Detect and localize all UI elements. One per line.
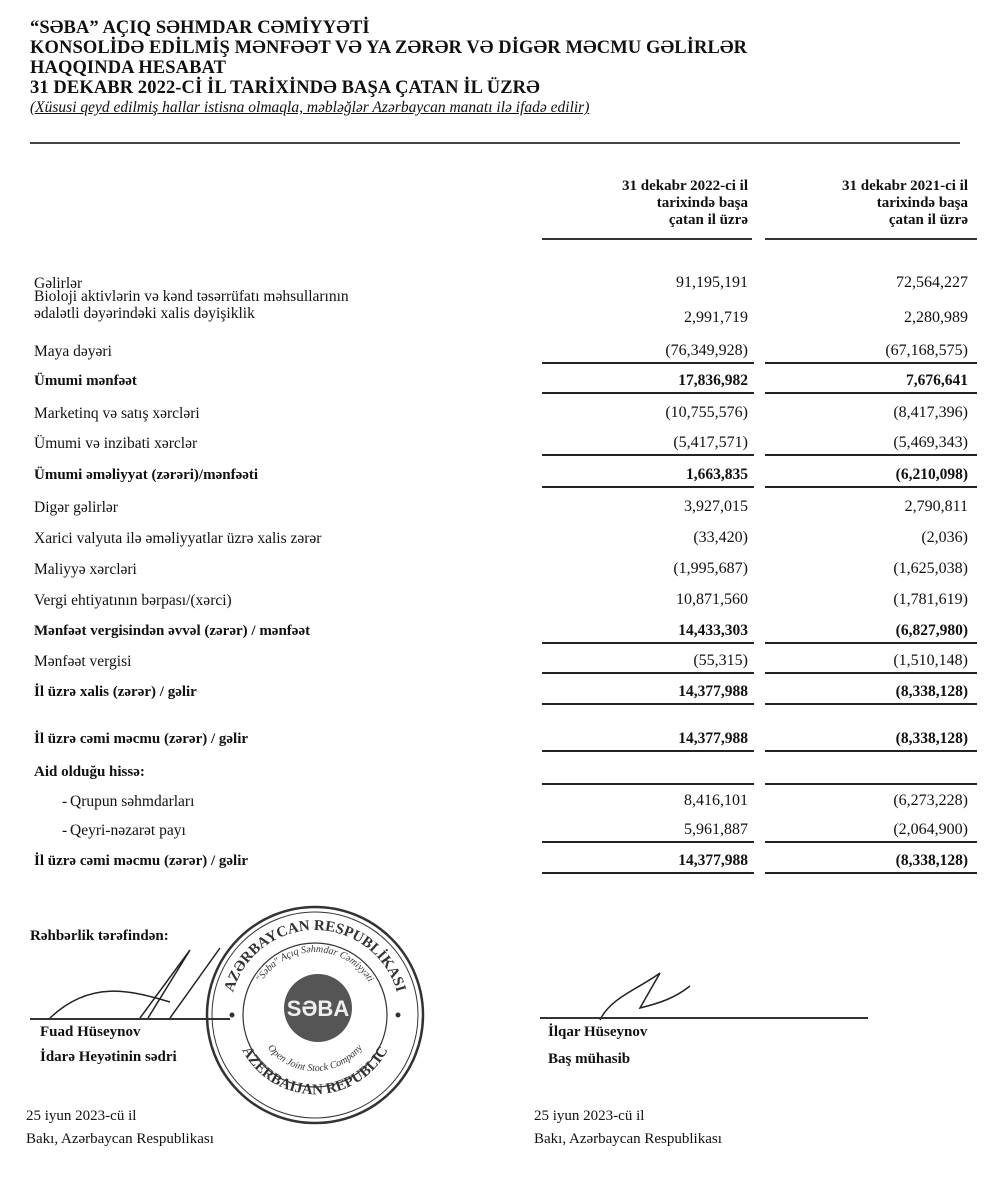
- signatory-role: Baş mühasib: [548, 1051, 647, 1068]
- column-header-line: 31 dekabr 2021-ci il: [768, 178, 968, 195]
- total-rule: [542, 362, 754, 364]
- signatory-left: Fuad Hüseynov İdarə Heyətinin sədri: [40, 1024, 177, 1066]
- row-label-text: Mənfəət vergisi: [34, 653, 131, 670]
- row-label-text: Maya dəyəri: [34, 343, 112, 360]
- value-2022: (5,417,571): [548, 433, 748, 453]
- total-rule: [765, 486, 977, 488]
- date-text: 25 iyun 2023-cü il: [26, 1108, 214, 1125]
- total-rule: [765, 872, 977, 874]
- total-rule: [542, 872, 754, 874]
- total-rule: [542, 841, 754, 843]
- signature-date-left: 25 iyun 2023-cü il Bakı, Azərbaycan Resp…: [26, 1108, 214, 1148]
- value-2021: (1,510,148): [768, 651, 968, 671]
- report-title-line1: KONSOLİDƏ EDİLMİŞ MƏNFƏƏT VƏ YA ZƏRƏR VƏ…: [30, 38, 970, 58]
- row-label-text: Bioloji aktivlərin və kənd təsərrüfatı m…: [34, 288, 349, 305]
- row-label: Ümumi mənfəət: [34, 373, 137, 390]
- table-row: İl üzrə cəmi məcmu (zərər) / gəlir14,377…: [0, 731, 1000, 757]
- row-label-text: İl üzrə xalis (zərər) / gəlir: [34, 684, 197, 701]
- signature-right-icon: [590, 968, 700, 1023]
- table-row: Marketinq və satış xərcləri(10,755,576)(…: [0, 405, 1000, 431]
- signature-date-right: 25 iyun 2023-cü il Bakı, Azərbaycan Resp…: [534, 1108, 722, 1148]
- company-stamp-icon: AZƏRBAYCAN RESPUBLİKASI AZERBAIJAN REPUB…: [200, 900, 430, 1130]
- section-rule: [542, 783, 754, 785]
- table-row: Ümumi mənfəət17,836,9827,676,641: [0, 373, 1000, 399]
- value-2021: (1,781,619): [768, 590, 968, 610]
- header-divider: [30, 142, 960, 144]
- column-header-line: 31 dekabr 2022-ci il: [548, 178, 748, 195]
- value-2022: 17,836,982: [548, 371, 748, 391]
- bullet-dash: -: [62, 822, 67, 840]
- value-2021: (6,210,098): [768, 465, 968, 485]
- table-row: Mənfəət vergisi(55,315)(1,510,148): [0, 653, 1000, 679]
- value-2021: (8,338,128): [768, 851, 968, 871]
- value-2022: 8,416,101: [548, 791, 748, 811]
- value-2021: (8,338,128): [768, 729, 968, 749]
- value-2022: 5,961,887: [548, 820, 748, 840]
- value-2021: (8,417,396): [768, 403, 968, 423]
- row-label-text: Mənfəət vergisindən əvvəl (zərər) / mənf…: [34, 623, 310, 640]
- row-label: Vergi ehtiyatının bərpası/(xərci): [34, 592, 232, 609]
- value-2021: (1,625,038): [768, 559, 968, 579]
- row-label-text: Maliyyə xərcləri: [34, 561, 137, 578]
- value-2021: (8,338,128): [768, 682, 968, 702]
- currency-note: (Xüsusi qeyd edilmiş hallar istisna olma…: [30, 98, 970, 117]
- total-rule: [765, 642, 977, 644]
- total-rule: [542, 392, 754, 394]
- table-row: -Qeyri-nəzarət payı5,961,887(2,064,900): [0, 822, 1000, 848]
- value-2021: (2,064,900): [768, 820, 968, 840]
- row-label-text: Marketinq və satış xərcləri: [34, 405, 200, 422]
- row-label: Digər gəlirlər: [34, 499, 118, 516]
- table-row: İl üzrə xalis (zərər) / gəlir14,377,988(…: [0, 684, 1000, 710]
- value-2022: 10,871,560: [548, 590, 748, 610]
- row-label: Aid olduğu hissə:: [34, 764, 145, 781]
- row-label-text: Aid olduğu hissə:: [34, 764, 145, 781]
- column-header-rule: [542, 238, 752, 240]
- row-label: Qeyri-nəzarət payı: [70, 822, 186, 839]
- value-2022: 3,927,015: [548, 497, 748, 517]
- row-label: Mənfəət vergisi: [34, 653, 131, 670]
- signatory-role: İdarə Heyətinin sədri: [40, 1049, 177, 1066]
- value-2021: 2,280,989: [768, 308, 968, 328]
- column-header-line: tarixində başa: [768, 195, 968, 212]
- table-row: Maliyyə xərcləri(1,995,687)(1,625,038): [0, 561, 1000, 587]
- column-header-line: çatan il üzrə: [768, 212, 968, 229]
- row-label: Bioloji aktivlərin və kənd təsərrüfatı m…: [34, 288, 349, 322]
- svg-text:SƏBA: SƏBA: [287, 996, 350, 1021]
- table-row: -Qrupun səhmdarları8,416,101(6,273,228): [0, 793, 1000, 819]
- row-label: Marketinq və satış xərcləri: [34, 405, 200, 422]
- place-text: Bakı, Azərbaycan Respublikası: [26, 1131, 214, 1148]
- table-row: Digər gəlirlər3,927,0152,790,811: [0, 499, 1000, 525]
- column-header-line: çatan il üzrə: [548, 212, 748, 229]
- total-rule: [542, 486, 754, 488]
- row-label: Xarici valyuta ilə əməliyyatlar üzrə xal…: [34, 530, 321, 547]
- row-label: Maliyyə xərcləri: [34, 561, 137, 578]
- value-2022: 14,377,988: [548, 682, 748, 702]
- value-2021: (6,827,980): [768, 621, 968, 641]
- report-period: 31 DEKABR 2022-Cİ İL TARİXİNDƏ BAŞA ÇATA…: [30, 78, 970, 98]
- section-rule: [765, 783, 977, 785]
- total-rule: [765, 672, 977, 674]
- svg-text:Open Joint Stock Company: Open Joint Stock Company: [265, 1042, 365, 1074]
- table-row: İl üzrə cəmi məcmu (zərər) / gəlir14,377…: [0, 853, 1000, 879]
- row-label: İl üzrə cəmi məcmu (zərər) / gəlir: [34, 731, 248, 748]
- row-label: İl üzrə xalis (zərər) / gəlir: [34, 684, 197, 701]
- company-name: “SƏBA” AÇIQ SƏHMDAR CƏMİYYƏTİ: [30, 18, 970, 38]
- row-label-text: İl üzrə cəmi məcmu (zərər) / gəlir: [34, 731, 248, 748]
- signatory-right: İlqar Hüseynov Baş mühasib: [548, 1024, 647, 1068]
- column-header-rule: [765, 238, 977, 240]
- total-rule: [765, 750, 977, 752]
- total-rule: [542, 703, 754, 705]
- signatory-name: Fuad Hüseynov: [40, 1024, 177, 1041]
- value-2022: (33,420): [548, 528, 748, 548]
- column-header-2021: 31 dekabr 2021-ci il tarixində başa çata…: [768, 178, 968, 229]
- column-header-line: tarixində başa: [548, 195, 748, 212]
- total-rule: [765, 841, 977, 843]
- value-2022: 14,433,303: [548, 621, 748, 641]
- value-2022: 14,377,988: [548, 729, 748, 749]
- table-row: Ümumi və inzibati xərclər(5,417,571)(5,4…: [0, 435, 1000, 461]
- row-label: Maya dəyəri: [34, 343, 112, 360]
- row-label-text: Digər gəlirlər: [34, 499, 118, 516]
- date-text: 25 iyun 2023-cü il: [534, 1108, 722, 1125]
- value-2022: 14,377,988: [548, 851, 748, 871]
- table-row: Xarici valyuta ilə əməliyyatlar üzrə xal…: [0, 530, 1000, 556]
- total-rule: [542, 454, 754, 456]
- value-2021: 7,676,641: [768, 371, 968, 391]
- row-label-text: İl üzrə cəmi məcmu (zərər) / gəlir: [34, 853, 248, 870]
- row-label: Ümumi və inzibati xərclər: [34, 435, 197, 452]
- bullet-dash: -: [62, 793, 67, 811]
- table-row: Vergi ehtiyatının bərpası/(xərci)10,871,…: [0, 592, 1000, 618]
- row-label: İl üzrə cəmi məcmu (zərər) / gəlir: [34, 853, 248, 870]
- total-rule: [542, 642, 754, 644]
- value-2021: 2,790,811: [768, 497, 968, 517]
- table-row: Aid olduğu hissə:: [0, 764, 1000, 790]
- value-2022: (1,995,687): [548, 559, 748, 579]
- row-label-text: Qeyri-nəzarət payı: [70, 822, 186, 839]
- row-label-text: Ümumi və inzibati xərclər: [34, 435, 197, 452]
- table-row: Bioloji aktivlərin və kənd təsərrüfatı m…: [0, 288, 1000, 314]
- value-2022: 2,991,719: [548, 308, 748, 328]
- row-label-text: Xarici valyuta ilə əməliyyatlar üzrə xal…: [34, 530, 321, 547]
- value-2022: 1,663,835: [548, 465, 748, 485]
- row-label: Qrupun səhmdarları: [70, 793, 194, 810]
- row-label-text: Ümumi əməliyyat (zərəri)/mənfəəti: [34, 467, 258, 484]
- value-2021: (6,273,228): [768, 791, 968, 811]
- table-row: Ümumi əməliyyat (zərəri)/mənfəəti1,663,8…: [0, 467, 1000, 493]
- value-2022: (76,349,928): [548, 341, 748, 361]
- report-title-line2: HAQQINDA HESABAT: [30, 58, 970, 78]
- total-rule: [765, 454, 977, 456]
- table-row: Mənfəət vergisindən əvvəl (zərər) / mənf…: [0, 623, 1000, 649]
- value-2021: (67,168,575): [768, 341, 968, 361]
- place-text: Bakı, Azərbaycan Respublikası: [534, 1131, 722, 1148]
- value-2021: (2,036): [768, 528, 968, 548]
- column-header-2022: 31 dekabr 2022-ci il tarixində başa çata…: [548, 178, 748, 229]
- value-2022: (10,755,576): [548, 403, 748, 423]
- signature-line-right: [540, 1017, 868, 1019]
- report-header: “SƏBA” AÇIQ SƏHMDAR CƏMİYYƏTİ KONSOLİDƏ …: [30, 18, 970, 117]
- total-rule: [765, 392, 977, 394]
- total-rule: [542, 750, 754, 752]
- row-label-text: ədalətli dəyərindəki xalis dəyişiklik: [34, 305, 349, 322]
- row-label-text: Vergi ehtiyatının bərpası/(xərci): [34, 592, 232, 609]
- row-label: Mənfəət vergisindən əvvəl (zərər) / mənf…: [34, 623, 310, 640]
- value-2021: (5,469,343): [768, 433, 968, 453]
- total-rule: [542, 672, 754, 674]
- total-rule: [765, 703, 977, 705]
- total-rule: [765, 362, 977, 364]
- value-2022: (55,315): [548, 651, 748, 671]
- row-label: Ümumi əməliyyat (zərəri)/mənfəəti: [34, 467, 258, 484]
- row-label-text: Qrupun səhmdarları: [70, 793, 194, 810]
- signatory-name: İlqar Hüseynov: [548, 1024, 647, 1041]
- row-label-text: Ümumi mənfəət: [34, 373, 137, 390]
- table-row: Maya dəyəri(76,349,928)(67,168,575): [0, 343, 1000, 369]
